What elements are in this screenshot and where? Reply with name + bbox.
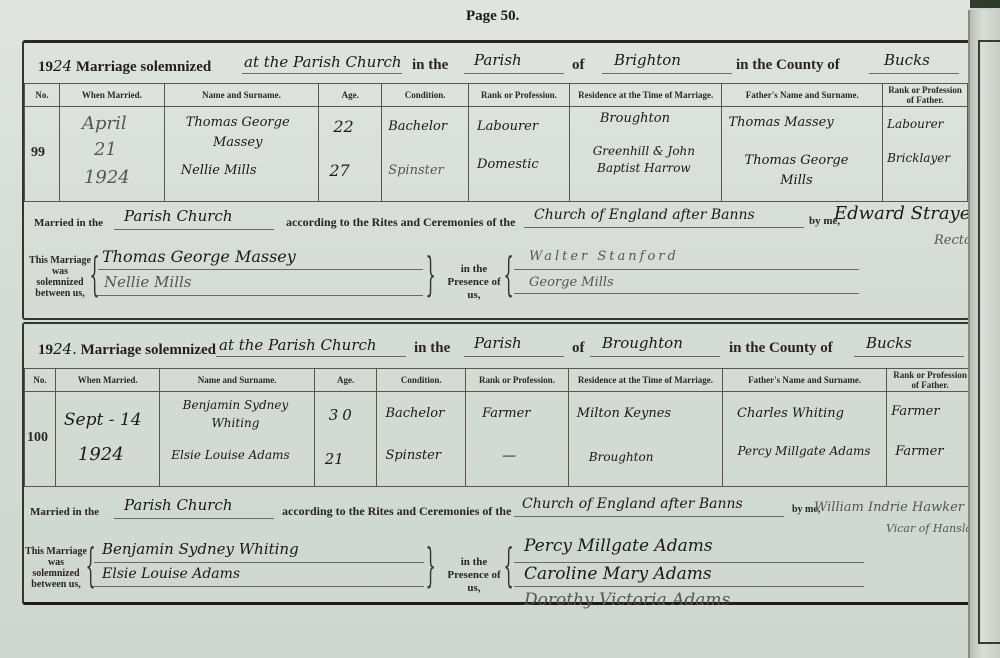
witness-2: George Mills — [529, 275, 614, 290]
col-father-rank: Rank or Profession of Father. — [883, 84, 968, 107]
date-year: 1924 — [84, 167, 130, 188]
signature-bride: Nellie Mills — [104, 273, 192, 291]
label-county: in the County of — [736, 57, 840, 74]
col-when-married: When Married. — [59, 84, 164, 107]
signature-bride: Elsie Louise Adams — [102, 566, 240, 582]
label-rites: according to the Rites and Ceremonies of… — [282, 504, 511, 519]
label-marriage-solemnized: Marriage solemnized — [81, 342, 216, 358]
label-rites: according to the Rites and Ceremonies of… — [286, 215, 515, 230]
col-rank: Rank or Profession. — [469, 84, 570, 107]
brace-left: { — [90, 251, 100, 297]
ceremony-place: at the Parish Church — [219, 336, 377, 354]
col-condition: Condition. — [377, 369, 466, 392]
between-us-text: was solemnized between us, — [35, 266, 84, 299]
bride-father: Thomas George Mills — [726, 151, 866, 191]
date-month: April — [82, 113, 127, 134]
col-age: Age. — [319, 84, 382, 107]
label-of: of — [572, 57, 585, 74]
bride-age: 27 — [329, 161, 349, 180]
groom-age: 30 — [329, 406, 356, 424]
table-row: 99 April 21 1924 Thomas George Massey Ne… — [25, 107, 968, 202]
between-us-text: was solemnized between us, — [31, 557, 80, 590]
county: Bucks — [884, 51, 930, 69]
groom-name: Benjamin Sydney Whiting — [170, 396, 300, 432]
groom-age: 22 — [333, 117, 353, 136]
col-name: Name and Surname. — [164, 84, 319, 107]
brace-left: { — [86, 542, 96, 588]
bride-father: Percy Millgate Adams — [729, 442, 879, 460]
col-rank: Rank or Profession. — [466, 369, 569, 392]
col-condition: Condition. — [382, 84, 469, 107]
entry-heading: 1924 Marriage solemnized — [38, 57, 211, 76]
col-no: No. — [25, 369, 56, 392]
marriage-entry-99: 1924 Marriage solemnized at the Parish C… — [22, 40, 970, 320]
col-residence: Residence at the Time of Marriage. — [568, 369, 722, 392]
officiant: Edward Strayer — [834, 203, 979, 224]
entry-table: No. When Married. Name and Surname. Age.… — [24, 368, 974, 487]
col-residence: Residence at the Time of Marriage. — [569, 84, 722, 107]
rites: Church of England after Banns — [522, 496, 743, 512]
col-when-married: When Married. — [55, 369, 160, 392]
year-prefix: 19 — [38, 59, 53, 75]
bride-condition: Spinster — [388, 163, 444, 178]
groom-father: Thomas Massey — [728, 115, 833, 130]
married-in: Parish Church — [124, 207, 233, 225]
ceremony-place: at the Parish Church — [244, 53, 402, 71]
groom-father: Charles Whiting — [737, 406, 844, 421]
register-page: Page 50. 1924 Marriage solemnized at the… — [0, 0, 970, 658]
label-of: of — [572, 340, 585, 357]
col-father-name: Father's Name and Surname. — [723, 369, 887, 392]
bride-name: Elsie Louise Adams — [170, 446, 290, 464]
this-marriage-text: This Marriage — [25, 546, 87, 557]
marriage-entry-100: 1924. Marriage solemnized at the Parish … — [22, 322, 976, 605]
label-this-marriage: This Marriagewas solemnized between us, — [28, 255, 92, 299]
brace-witness: { — [504, 542, 514, 588]
label-presence: in the Presence of us, — [444, 263, 504, 302]
district: Broughton — [602, 334, 683, 352]
entry-number: 100 — [27, 430, 48, 446]
groom-father-rank: Labourer — [887, 117, 943, 131]
col-father-name: Father's Name and Surname. — [722, 84, 883, 107]
witness-1: Walter Stanford — [529, 249, 679, 264]
brace-right: } — [426, 542, 436, 588]
entry-table: No. When Married. Name and Surname. Age.… — [24, 83, 968, 202]
groom-condition: Bachelor — [385, 406, 444, 421]
col-name: Name and Surname. — [160, 369, 314, 392]
signature-groom: Thomas George Massey — [102, 247, 296, 266]
this-marriage-text: This Marriage — [29, 255, 91, 266]
bride-residence: Broughton — [589, 450, 654, 464]
bride-rank: Domestic — [477, 157, 539, 172]
label-in-the: in the — [414, 340, 450, 357]
district-type: Parish — [474, 334, 522, 352]
label-married-in: Married in the — [30, 506, 99, 518]
groom-rank: Labourer — [477, 119, 538, 134]
date-day: 21 — [94, 139, 117, 160]
entry-number: 99 — [31, 145, 45, 161]
label-in-the: in the — [412, 57, 448, 74]
year-written: 24. — [53, 340, 77, 358]
groom-condition: Bachelor — [388, 119, 447, 134]
col-father-rank: Rank or Profession of Father. — [887, 369, 974, 392]
groom-residence: Milton Keynes — [577, 406, 671, 421]
bride-name: Nellie Mills — [181, 163, 257, 178]
brace-witness: { — [504, 251, 514, 297]
bride-condition: Spinster — [385, 448, 441, 463]
label-this-marriage: This Marriagewas solemnized between us, — [24, 546, 88, 590]
date-year: 1924 — [78, 444, 124, 465]
col-no: No. — [25, 84, 60, 107]
district-type: Parish — [474, 51, 522, 69]
brace-right: } — [426, 251, 436, 297]
label-presence: in the Presence of us, — [444, 556, 504, 595]
facing-page-edge — [968, 10, 1000, 658]
bride-father-rank: Farmer — [895, 444, 943, 459]
married-in: Parish Church — [124, 496, 233, 514]
table-row: 100 Sept - 14 1924 Benjamin Sydney Whiti… — [25, 392, 974, 487]
rites: Church of England after Banns — [534, 207, 755, 223]
page-number: Page 50. — [466, 8, 519, 25]
groom-residence: Broughton — [600, 111, 670, 126]
bride-age: 21 — [325, 450, 344, 468]
officiant: William Indrie Hawker — [814, 500, 964, 515]
bride-residence: Greenhill & John Baptist Harrow — [574, 143, 714, 177]
date-month-day: Sept - 14 — [64, 410, 142, 430]
groom-father-rank: Farmer — [891, 404, 939, 419]
label-marriage-solemnized: Marriage solemnized — [76, 59, 211, 75]
signature-groom: Benjamin Sydney Whiting — [102, 540, 299, 558]
witness-1: Percy Millgate Adams — [524, 536, 713, 556]
witness-2: Caroline Mary Adams — [524, 564, 712, 584]
bride-father-rank: Bricklayer — [887, 151, 950, 165]
col-age: Age. — [314, 369, 377, 392]
bride-rank: — — [502, 448, 516, 464]
year-written: 24 — [53, 57, 72, 75]
county: Bucks — [866, 334, 912, 352]
label-county: in the County of — [729, 340, 833, 357]
witness-3: Dorothy Victoria Adams — [524, 590, 730, 610]
entry-heading: 1924. Marriage solemnized — [38, 340, 216, 359]
groom-rank: Farmer — [482, 406, 530, 421]
year-prefix: 19 — [38, 342, 53, 358]
label-married-in: Married in the — [34, 217, 103, 229]
groom-name: Thomas George Massey — [173, 113, 303, 153]
district: Brighton — [614, 51, 681, 69]
